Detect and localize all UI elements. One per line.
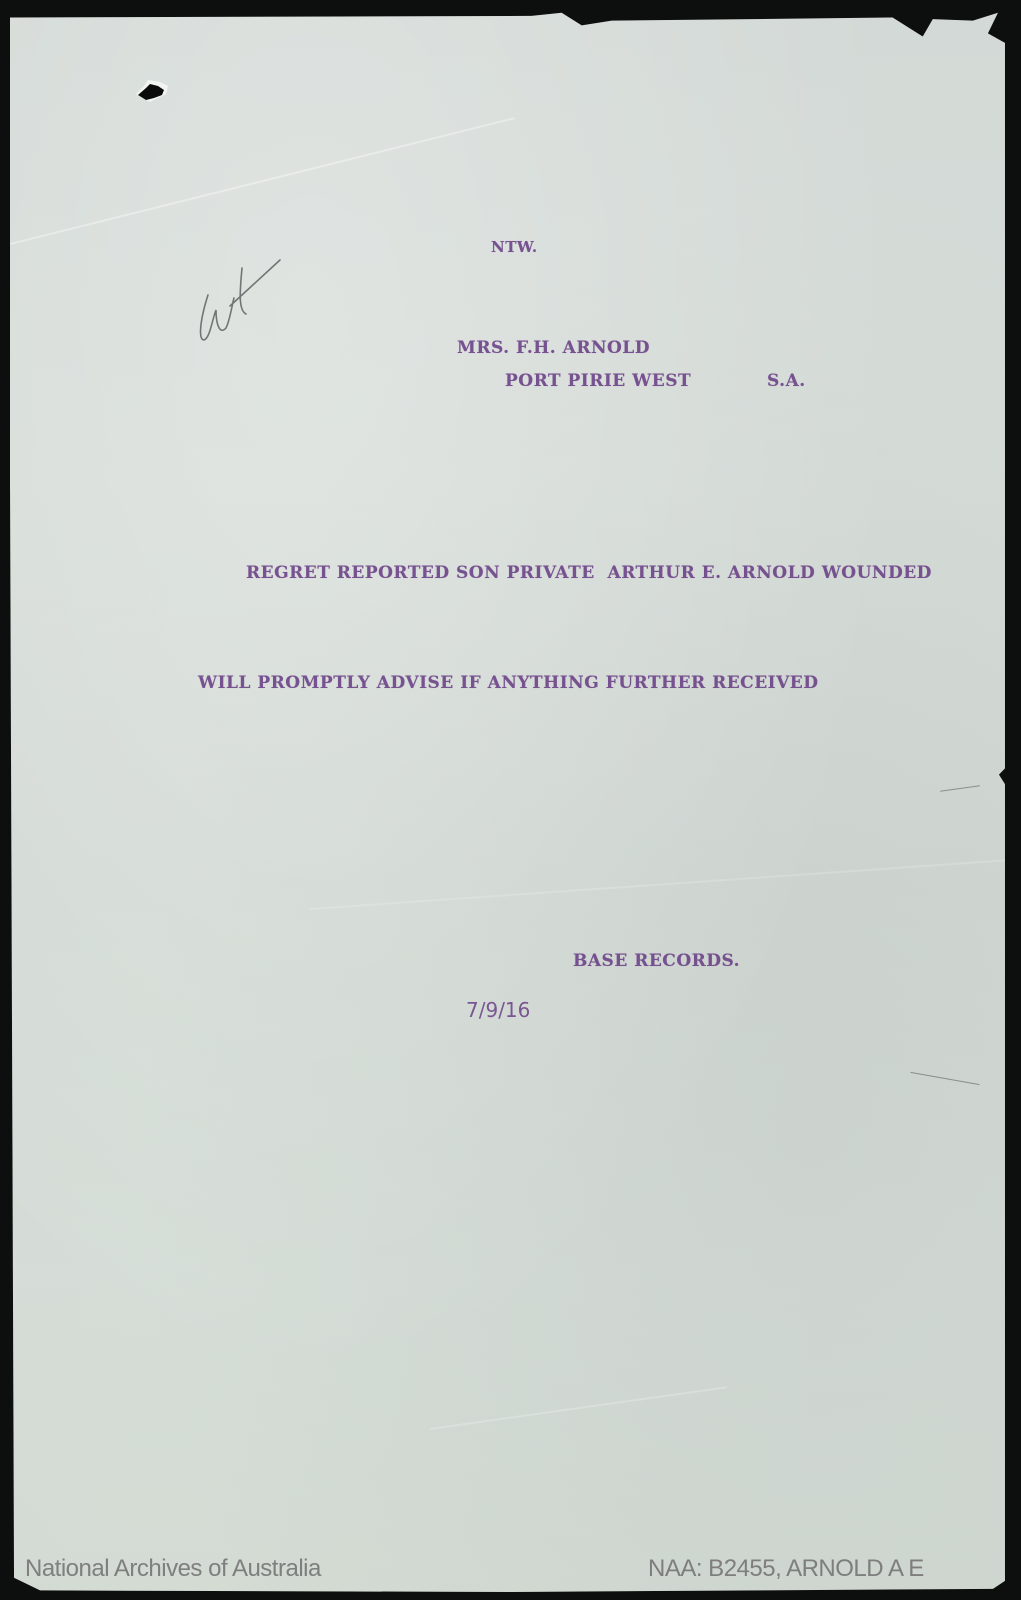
punch-hole-icon <box>132 76 172 106</box>
paper-crease <box>310 859 1008 910</box>
recipient-name: MRS. F.H. ARNOLD <box>457 338 650 358</box>
recipient-state: S.A. <box>767 371 806 391</box>
paper-tear <box>910 1072 979 1085</box>
header-code: NTW. <box>491 238 538 256</box>
archive-watermark-right: NAA: B2455, ARNOLD A E <box>648 1555 924 1583</box>
paper-tear <box>940 785 980 792</box>
document-scan: NTW. MRS. F.H. ARNOLD PORT PIRIE WEST S.… <box>0 0 1021 1600</box>
paper-crease <box>430 1386 727 1430</box>
paper-crease <box>10 117 515 245</box>
signature: BASE RECORDS. <box>573 951 740 971</box>
recipient-address: PORT PIRIE WEST <box>505 371 691 391</box>
archive-watermark-left: National Archives of Australia <box>25 1555 321 1583</box>
message-line-1: REGRET REPORTED SON PRIVATE ARTHUR E. AR… <box>246 563 932 583</box>
message-line-2: WILL PROMPTLY ADVISE IF ANYTHING FURTHER… <box>198 673 819 693</box>
pencil-initials-icon <box>190 240 290 350</box>
handwritten-date: 7/9/16 <box>466 998 530 1022</box>
